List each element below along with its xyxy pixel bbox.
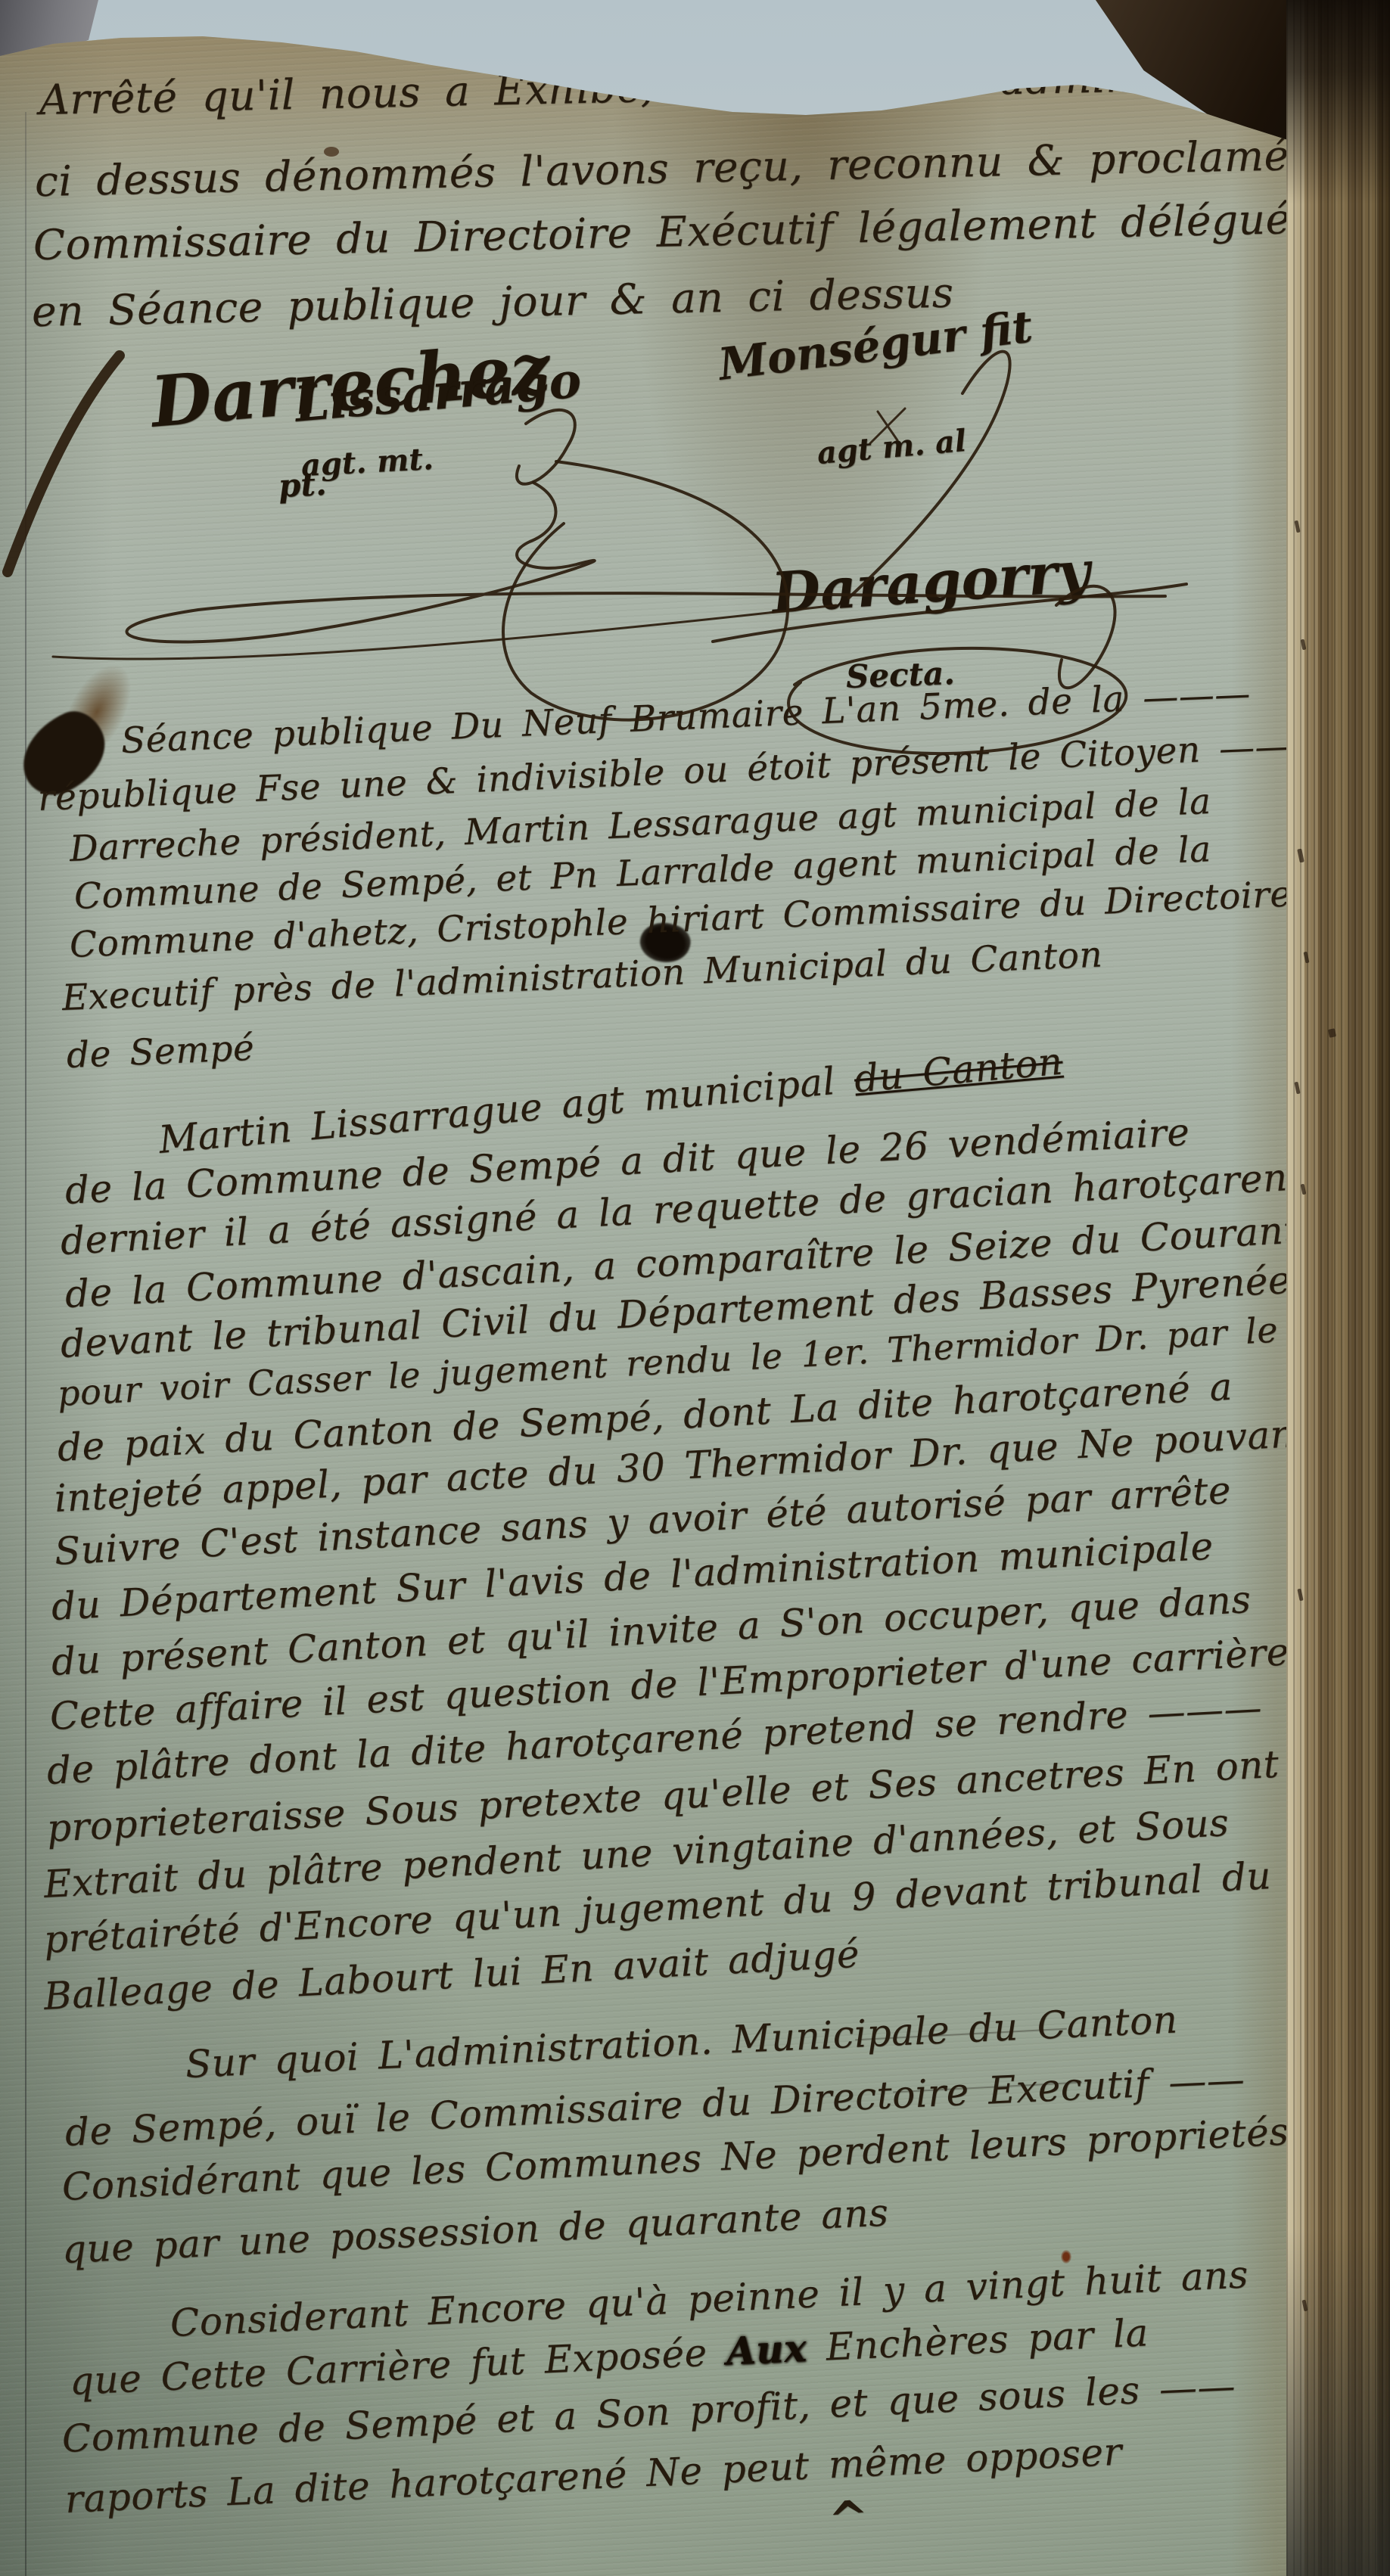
handwritten-line: en Séance publique jour & an ci dessus	[31, 268, 954, 336]
signature-daragorry: Daragorry	[770, 539, 1092, 626]
insertion-caret: ^	[826, 2489, 872, 2549]
handwritten-line: de Sempé	[66, 1027, 255, 1077]
manuscript-page: Arrêté qu'il nous a Exhibé; Surquoi nous…	[0, 0, 1299, 2576]
manuscript-photo: Arrêté qu'il nous a Exhibé; Surquoi nous…	[0, 0, 1390, 2576]
margin-rule-line	[25, 112, 26, 2576]
book-fore-edge	[1286, 0, 1390, 2576]
line-text: Enchères par la	[806, 2310, 1149, 2369]
blotted-word: Aux	[726, 2326, 808, 2374]
handwritten-line: Commissaire du Directoire Exécutif légal…	[33, 192, 1390, 269]
handwritten-line: ci dessus dénommés l'avons reçu, reconnu…	[34, 127, 1390, 206]
struck-text: du Canton	[852, 1039, 1064, 1102]
signature-monsegur-title: agt m. al	[816, 423, 968, 471]
signature-lissarrago-title: agt. mt.	[300, 441, 434, 483]
